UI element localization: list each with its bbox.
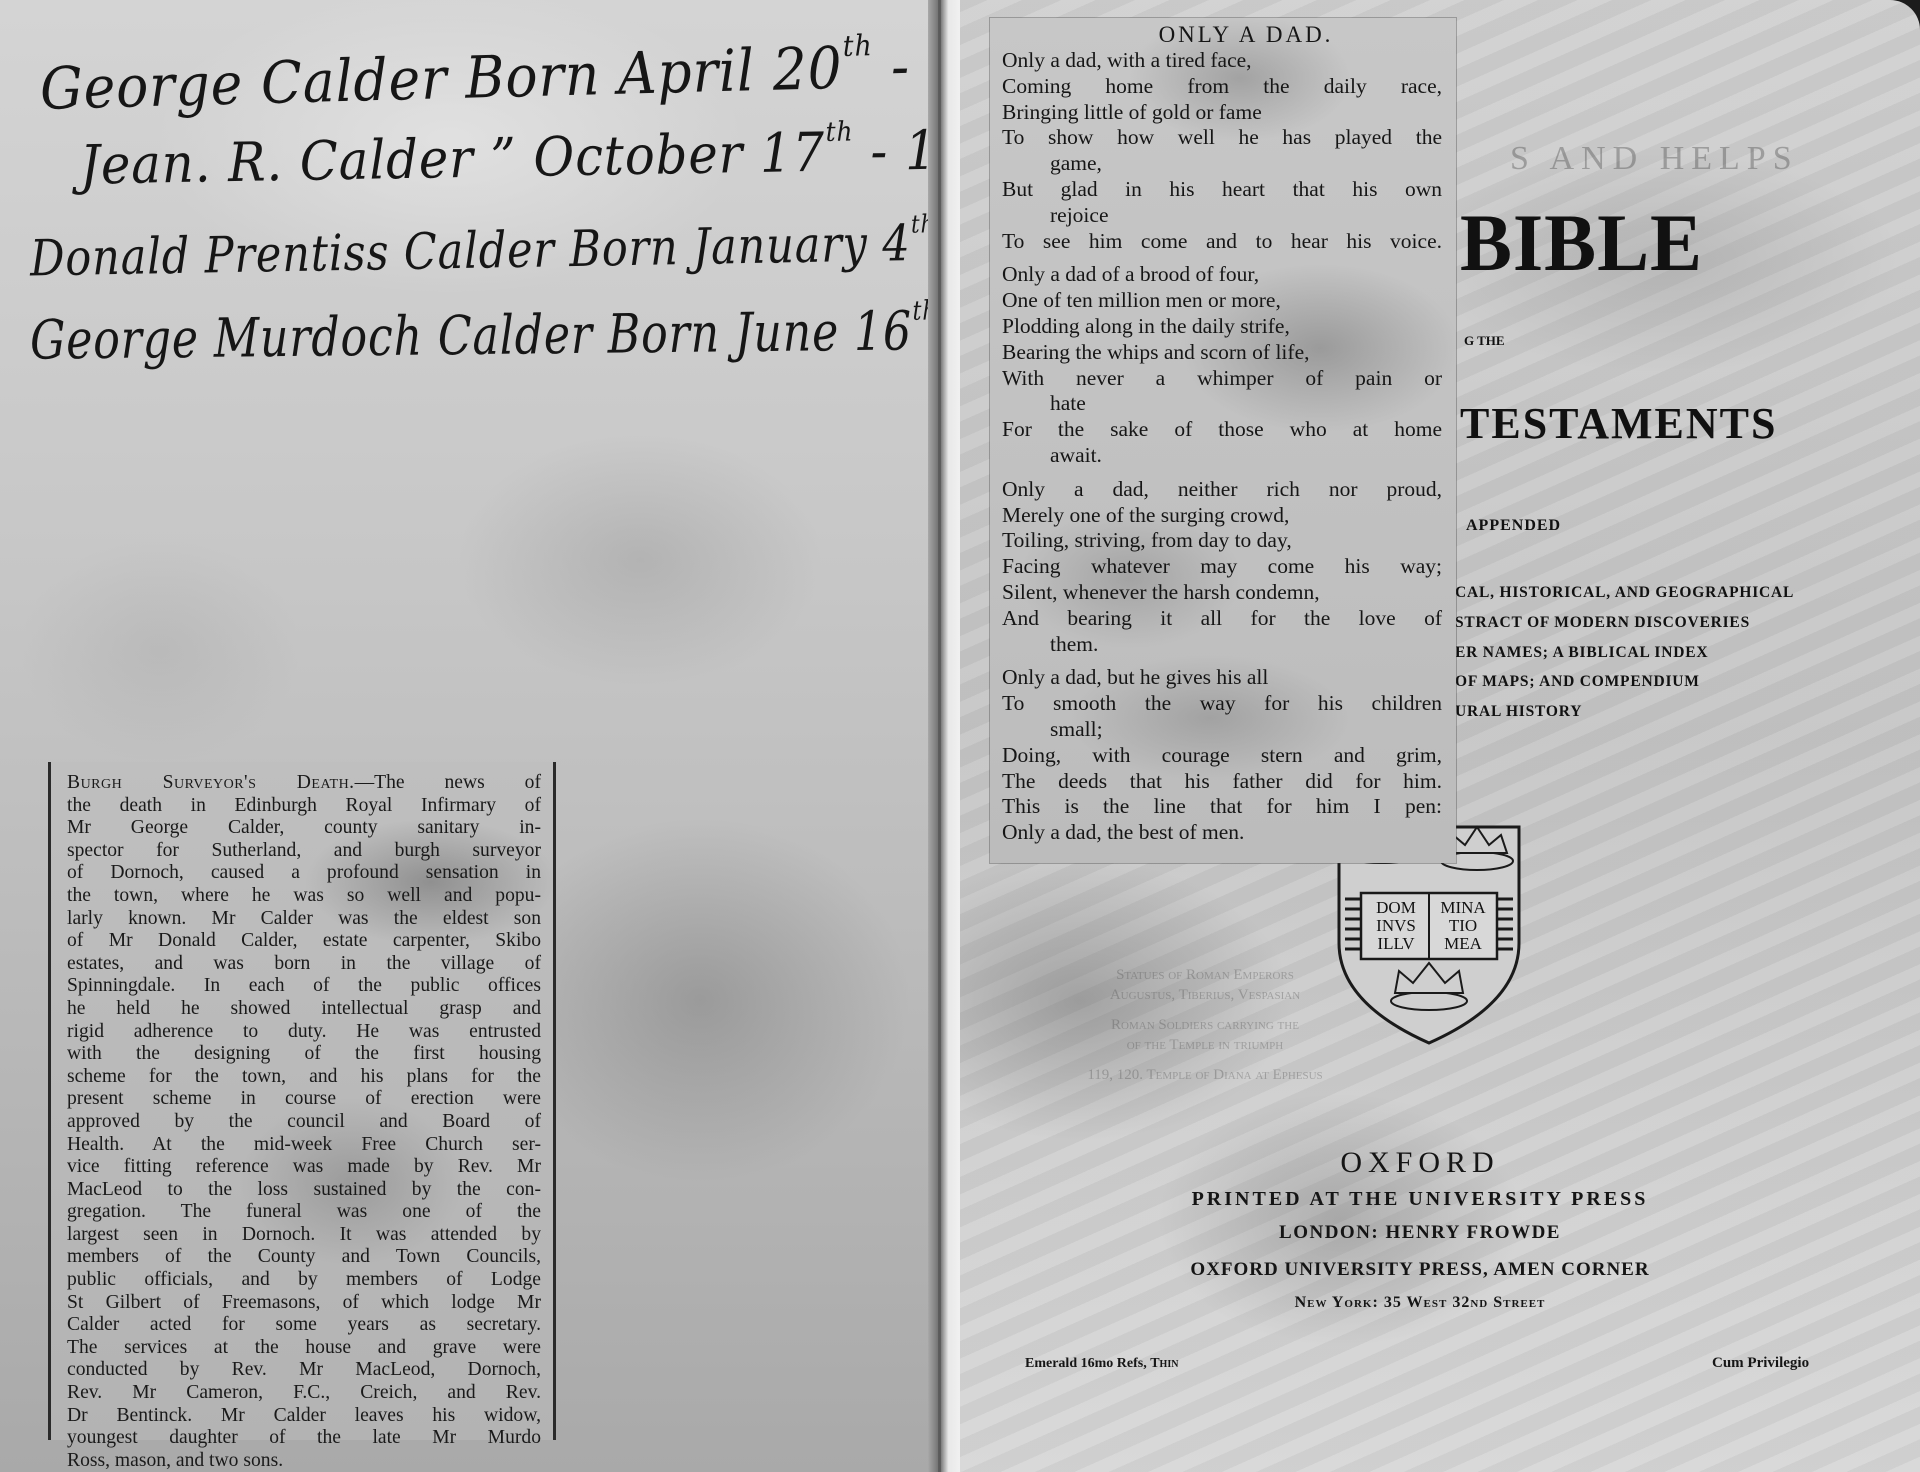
poem-line: Merely one of the surging crowd, [1002, 503, 1450, 529]
clipping-line: Spinningdale. In each of the public offi… [67, 975, 541, 998]
poem-line: To see him come and to hear his voice. [1002, 229, 1442, 255]
clipping-line: Ross, mason, and two sons. [67, 1450, 541, 1472]
birth-entry-jean-calder: Jean. R. Calder ” October 17th - 1887 [79, 113, 1035, 196]
title-description-line: ER NAMES; A BIBLICAL INDEX [1455, 644, 1708, 662]
clipping-line: Health. At the mid-week Free Church ser- [67, 1134, 541, 1157]
poem-stanza: Only a dad, but he gives his allTo smoot… [1002, 665, 1450, 846]
clipping-line: Calder acted for some years as secretary… [67, 1314, 541, 1337]
imprint-new-york: New York: 35 West 32nd Street [1100, 1294, 1740, 1312]
imprint-city: OXFORD [1100, 1146, 1740, 1180]
open-book-icon: DOM INVS ILLV MINA TIO MEA [1345, 893, 1513, 959]
poem-line: Only a dad, with a tired face, [1002, 48, 1450, 74]
poem-line: Only a dad of a brood of four, [1002, 262, 1450, 288]
poem-stanza: Only a dad, with a tired face,Coming hom… [1002, 48, 1450, 254]
entry-text: George Murdoch Calder Born June 16 [30, 299, 913, 371]
poem-line: With never a whimper of pain or [1002, 366, 1442, 392]
poem-stanza: Only a dad of a brood of four,One of ten… [1002, 262, 1450, 468]
clipping-line: spector for Sutherland, and burgh survey… [67, 840, 541, 863]
poem-line: Only a dad, the best of men. [1002, 820, 1450, 846]
poem-line: small; [1002, 717, 1450, 743]
birth-entry-george-calder: George Calder Born April 20th - 1882 [39, 23, 1068, 123]
clipping-line: estates, and was born in the village of [67, 953, 541, 976]
ordinal-suffix: th [825, 116, 853, 147]
open-book-spread: George Calder Born April 20th - 1882 Jea… [0, 0, 1920, 1472]
poem-line: hate [1002, 391, 1450, 417]
poem-line: await. [1002, 443, 1450, 469]
cum-privilegio: Cum Privilegio [1712, 1355, 1809, 1372]
poem-line: And bearing it all for the love of [1002, 606, 1442, 632]
title-helps-partial: S AND HELPS [1510, 140, 1799, 178]
poem-line: The deeds that his father did for him. [1002, 769, 1442, 795]
clipping-line: Dr Bentinck. Mr Calder leaves his widow, [67, 1405, 541, 1428]
clipping-headline: Burgh Surveyor's Death. [67, 772, 355, 793]
svg-text:TIO: TIO [1449, 916, 1477, 935]
imprint-printed-at: PRINTED AT THE UNIVERSITY PRESS [1100, 1188, 1740, 1211]
imprint-london: LONDON: HENRY FROWDE [1100, 1222, 1740, 1244]
left-page: George Calder Born April 20th - 1882 Jea… [0, 0, 940, 1472]
poem-line: rejoice [1002, 203, 1450, 229]
poem-line: To smooth the way for his children [1002, 691, 1442, 717]
poem-line: Coming home from the daily race, [1002, 74, 1442, 100]
entry-text: Donald Prentiss Calder Born January 4 [30, 214, 911, 287]
clipping-line: youngest daughter of the late Mr Murdo [67, 1427, 541, 1450]
clipping-line: MacLeod to the loss sustained by the con… [67, 1179, 541, 1202]
poem-title: ONLY A DAD. [1042, 22, 1450, 48]
title-testaments: TESTAMENTS [1460, 398, 1778, 449]
imprint-oup: OXFORD UNIVERSITY PRESS, AMEN CORNER [1100, 1259, 1740, 1281]
entry-text: George Calder Born April 20 [39, 34, 843, 123]
ordinal-suffix: th [842, 28, 873, 63]
svg-text:DOM: DOM [1376, 898, 1416, 917]
clipping-line: rigid adherence to duty. He was entruste… [67, 1021, 541, 1044]
clipping-line: The services at the house and grave were [67, 1337, 541, 1360]
title-bible: BIBLE [1460, 196, 1703, 290]
title-appended: APPENDED [1466, 517, 1561, 535]
svg-text:INVS: INVS [1376, 916, 1416, 935]
clipping-line: gregation. The funeral was one of the [67, 1201, 541, 1224]
svg-text:ILLV: ILLV [1377, 934, 1415, 953]
clipping-line: public officials, and by members of Lodg… [67, 1269, 541, 1292]
clipping-line: vice fitting reference was made by Rev. … [67, 1156, 541, 1179]
clipping-line: scheme for the town, and his plans for t… [67, 1066, 541, 1089]
clipping-line: of Dornoch, caused a profound sensation … [67, 862, 541, 885]
poem-line: Bringing little of gold or fame [1002, 100, 1450, 126]
poem-line: Toiling, striving, from day to day, [1002, 528, 1450, 554]
poem-line: Facing whatever may come his way; [1002, 554, 1442, 580]
poem-line: But glad in his heart that his own [1002, 177, 1442, 203]
clipping-line: he held he showed intellectual grasp and [67, 998, 541, 1021]
clipping-line: St Gilbert of Freemasons, of which lodge… [67, 1292, 541, 1315]
bleed-through-text: Statues of Roman Emperors Augustus, Tibe… [1025, 965, 1385, 1085]
poem-line: Doing, with courage stern and grim, [1002, 743, 1442, 769]
clipping-line: larly known. Mr Calder was the eldest so… [67, 908, 541, 931]
title-description-line: STRACT OF MODERN DISCOVERIES [1455, 614, 1750, 632]
clipping-line: Mr George Calder, county sanitary in- [67, 817, 541, 840]
clipping-line: the death in Edinburgh Royal Infirmary o… [67, 795, 541, 818]
clipping-line: of Mr Donald Calder, estate carpenter, S… [67, 930, 541, 953]
poem-newspaper-clipping: ONLY A DAD. Only a dad, with a tired fac… [990, 18, 1456, 863]
poem-line: For the sake of those who at home [1002, 417, 1442, 443]
entry-text: Jean. R. Calder ” October 17 [79, 121, 825, 197]
poem-line: This is the line that for him I pen: [1002, 794, 1442, 820]
poem-line: Only a dad, neither rich nor proud, [1002, 477, 1442, 503]
clipping-line: largest seen in Dornoch. It was attended… [67, 1224, 541, 1247]
poem-line: Only a dad, but he gives his all [1002, 665, 1450, 691]
clipping-line: with the designing of the first housing [67, 1043, 541, 1066]
title-description-line: URAL HISTORY [1455, 703, 1582, 721]
poem-line: Silent, whenever the harsh condemn, [1002, 580, 1450, 606]
poem-line: One of ten million men or more, [1002, 288, 1450, 314]
poem-line: game, [1002, 151, 1450, 177]
spine-fold-line [938, 0, 941, 1472]
poem-stanza: Only a dad, neither rich nor proud,Merel… [1002, 477, 1450, 658]
clipping-line: Burgh Surveyor's Death.—The news of [67, 772, 541, 795]
clipping-line: approved by the council and Board of [67, 1111, 541, 1134]
poem-line: them. [1002, 632, 1450, 658]
svg-text:MINA: MINA [1440, 898, 1486, 917]
clipping-line: present scheme in course of erection wer… [67, 1088, 541, 1111]
poem-line: Bearing the whips and scorn of life, [1002, 340, 1450, 366]
title-description-line: OF MAPS; AND COMPENDIUM [1455, 673, 1700, 691]
title-description-line: CAL, HISTORICAL, AND GEOGRAPHICAL [1455, 584, 1794, 602]
book-gutter [928, 0, 962, 1472]
clipping-line: members of the County and Town Councils, [67, 1246, 541, 1269]
title-the-partial: G THE [1464, 333, 1505, 349]
poem-line: Plodding along in the daily strife, [1002, 314, 1450, 340]
clipping-line: the town, where he was so well and popu- [67, 885, 541, 908]
clipping-line: Rev. Mr Cameron, F.C., Creich, and Rev. [67, 1382, 541, 1405]
clipping-line: conducted by Rev. Mr MacLeod, Dornoch, [67, 1359, 541, 1382]
poem-line: To show how well he has played the [1002, 125, 1442, 151]
obituary-newspaper-clipping: Burgh Surveyor's Death.—The news of the … [48, 762, 556, 1440]
edition-note: Emerald 16mo Refs, Thin [1025, 1356, 1178, 1372]
svg-text:MEA: MEA [1444, 934, 1483, 953]
